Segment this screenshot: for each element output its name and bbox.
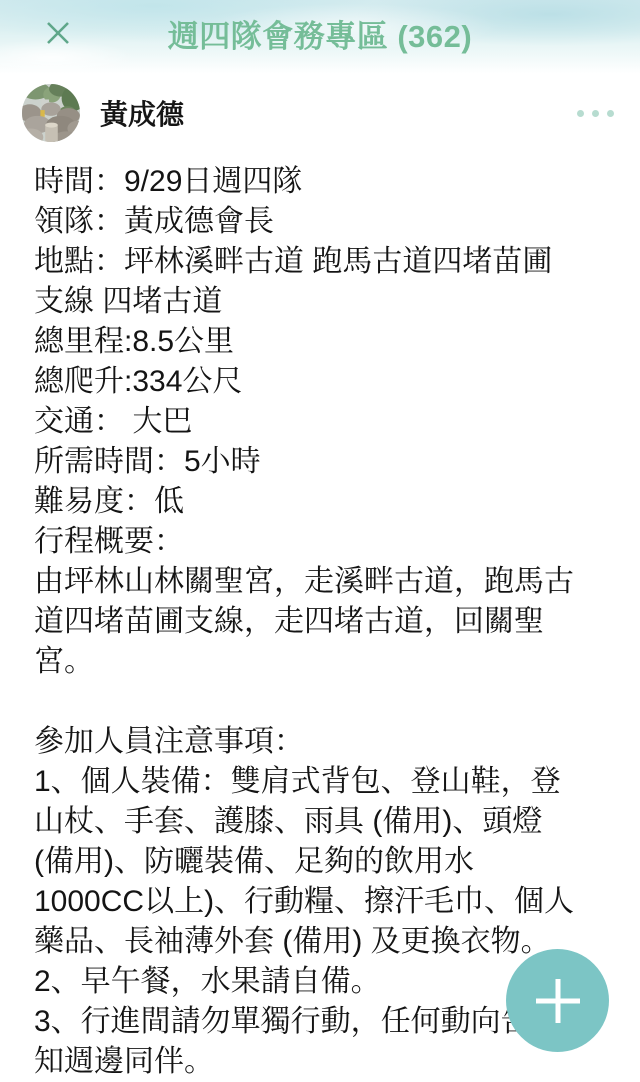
post-header: 黃成德 xyxy=(22,83,620,143)
body-text-line: 山杖、手套、護膝、雨具 (備用)、頭燈 xyxy=(34,802,616,842)
body-text-line: 支線 四堵古道 xyxy=(34,282,616,322)
body-text-line: 知週邊同伴。 xyxy=(34,1042,616,1082)
avatar-photo xyxy=(22,84,80,142)
body-text-line: 領隊：黃成德會長 xyxy=(34,202,616,242)
body-text-line: 交通： 大巴 xyxy=(34,402,616,442)
chat-note-screen: 週四隊會務專區 (362) xyxy=(0,0,640,1082)
body-text-line: 時間：9/29日週四隊 xyxy=(34,162,616,202)
body-text-line: 宮。 xyxy=(34,642,616,682)
header: 週四隊會務專區 (362) xyxy=(0,0,640,80)
body-text-line xyxy=(34,682,616,722)
more-icon xyxy=(577,110,614,117)
body-text-line: 參加人員注意事項： xyxy=(34,722,616,762)
body-text-line: 道四堵苗圃支線，走四堵古道，回關聖 xyxy=(34,602,616,642)
body-text-line: 藥品、長袖薄外套 (備用) 及更換衣物。 xyxy=(34,922,616,962)
body-text-line: 所需時間：5小時 xyxy=(34,442,616,482)
body-text-line: 總里程:8.5公里 xyxy=(34,322,616,362)
author-name: 黃成德 xyxy=(100,93,184,133)
body-text-line: 難易度：低 xyxy=(34,482,616,522)
body-text-line: (備用)、防曬裝備、足夠的飲用水 xyxy=(34,842,616,882)
body-text-line: 行程概要： xyxy=(34,522,616,562)
avatar[interactable] xyxy=(22,84,80,142)
add-post-fab[interactable] xyxy=(506,949,609,1052)
plus-icon xyxy=(533,976,583,1026)
post-body: 時間：9/29日週四隊領隊：黃成德會長地點：坪林溪畔古道 跑馬古道四堵苗圃支線 … xyxy=(34,162,616,1082)
body-text-line: 地點：坪林溪畔古道 跑馬古道四堵苗圃 xyxy=(34,242,616,282)
page-title: 週四隊會務專區 (362) xyxy=(0,0,640,66)
body-text-line: 由坪林山林關聖宮，走溪畔古道，跑馬古 xyxy=(34,562,616,602)
body-text-line: 總爬升:334公尺 xyxy=(34,362,616,402)
body-text-line: 1、個人裝備：雙肩式背包、登山鞋，登 xyxy=(34,762,616,802)
more-button[interactable] xyxy=(575,102,616,125)
body-text-line: 1000CC以上)、行動糧、擦汗毛巾、個人 xyxy=(34,882,616,922)
